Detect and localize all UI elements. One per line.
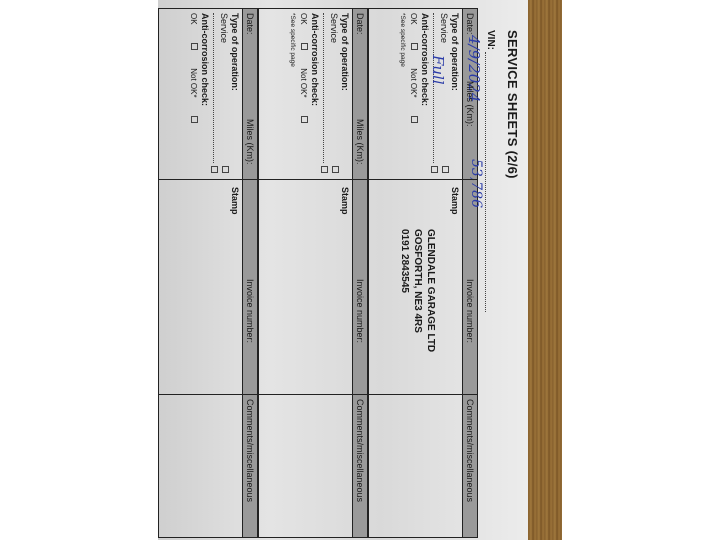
divider — [353, 394, 367, 395]
divider — [353, 179, 367, 180]
anti-corrosion-label: Anti-corrosion check: — [200, 13, 210, 173]
service-checkbox[interactable] — [222, 166, 229, 173]
ok-checkbox[interactable] — [301, 43, 308, 50]
not-ok-checkbox[interactable] — [301, 116, 308, 123]
invoice-label: Invoice number: — [243, 279, 257, 343]
ok-checkbox[interactable] — [411, 43, 418, 50]
type-of-operation-label: Type of operation: — [340, 13, 350, 173]
date-label: Date: — [243, 13, 257, 35]
anti-corrosion-label: Anti-corrosion check: — [310, 13, 320, 173]
garage-stamp: GLENDALE GARAGE LTD GOSFORTH, NE3 4RS 01… — [398, 229, 437, 429]
ok-label: OK — [409, 13, 418, 25]
miles-value: 53,786 — [469, 159, 483, 208]
stamp-line-1: GLENDALE GARAGE LTD — [424, 229, 437, 429]
not-ok-label: Not OK* — [409, 68, 418, 97]
miles-label: Miles (Km): — [463, 81, 477, 127]
operation-section: Type of operation: Service Anti-corrosio… — [289, 13, 350, 173]
comments-label: Comments/miscellaneous — [463, 399, 477, 502]
paper-photo: SERVICE SHEETS (2/6) VIN: Date: 4/9/2024… — [158, 0, 528, 540]
divider — [463, 394, 477, 395]
stamp-label: Stamp — [450, 187, 460, 215]
invoice-label: Invoice number: — [463, 279, 477, 343]
comments-label: Comments/miscellaneous — [243, 399, 257, 502]
divider — [259, 394, 353, 395]
service-sheet: SERVICE SHEETS (2/6) VIN: Date: 4/9/2024… — [158, 0, 528, 540]
entry-header: Date: 4/9/2024 Miles (Km): 53,786 Invoic… — [462, 9, 477, 537]
operation-section: Type of operation: Service Anti-corrosio… — [189, 13, 240, 173]
stamp-line-2: GOSFORTH, NE3 4RS — [411, 229, 424, 429]
divider — [259, 179, 353, 180]
ok-label: OK — [189, 13, 198, 25]
ok-checkbox[interactable] — [191, 43, 198, 50]
vin-field-line — [485, 52, 486, 312]
operation-section: Type of operation: Service Anti-corrosio… — [399, 13, 460, 173]
divider — [243, 394, 257, 395]
service-handwritten: Full — [429, 55, 447, 85]
vin-label: VIN: — [485, 30, 496, 50]
not-ok-label: Not OK* — [299, 68, 308, 97]
type-of-operation-label: Type of operation: — [450, 13, 460, 173]
ok-label: OK — [299, 13, 308, 25]
service-checkbox[interactable] — [332, 166, 339, 173]
date-label: Date: — [463, 13, 477, 35]
divider — [159, 394, 243, 395]
see-page-note: *See specific page — [399, 13, 406, 173]
service-entry-1: Date: 4/9/2024 Miles (Km): 53,786 Invoic… — [368, 8, 478, 538]
stamp-label: Stamp — [230, 187, 240, 215]
not-ok-label: Not OK* — [189, 68, 198, 97]
extra-checkbox[interactable] — [321, 166, 328, 173]
miles-label: Miles (Km): — [353, 119, 367, 165]
miles-label: Miles (Km): — [243, 119, 257, 165]
divider — [243, 179, 257, 180]
service-label: Service — [439, 13, 449, 43]
service-checkbox[interactable] — [442, 166, 449, 173]
service-label: Service — [329, 13, 339, 43]
service-entry-3: Date: Miles (Km): Invoice number: Commen… — [158, 8, 258, 538]
stamp-label: Stamp — [340, 187, 350, 215]
page-title: SERVICE SHEETS (2/6) — [505, 30, 520, 179]
divider — [463, 179, 477, 180]
not-ok-checkbox[interactable] — [411, 116, 418, 123]
divider — [159, 179, 243, 180]
not-ok-checkbox[interactable] — [191, 116, 198, 123]
comments-label: Comments/miscellaneous — [353, 399, 367, 502]
entry-header: Date: Miles (Km): Invoice number: Commen… — [242, 9, 257, 537]
service-label: Service — [219, 13, 229, 43]
service-entry-2: Date: Miles (Km): Invoice number: Commen… — [258, 8, 368, 538]
anti-corrosion-label: Anti-corrosion check: — [420, 13, 430, 173]
see-page-note: *See specific page — [289, 13, 296, 173]
date-label: Date: — [353, 13, 367, 35]
divider — [369, 179, 463, 180]
extra-checkbox[interactable] — [211, 166, 218, 173]
invoice-label: Invoice number: — [353, 279, 367, 343]
extra-checkbox[interactable] — [431, 166, 438, 173]
entry-header: Date: Miles (Km): Invoice number: Commen… — [352, 9, 367, 537]
stamp-line-3: 0191 2843545 — [398, 229, 411, 429]
type-of-operation-label: Type of operation: — [230, 13, 240, 173]
